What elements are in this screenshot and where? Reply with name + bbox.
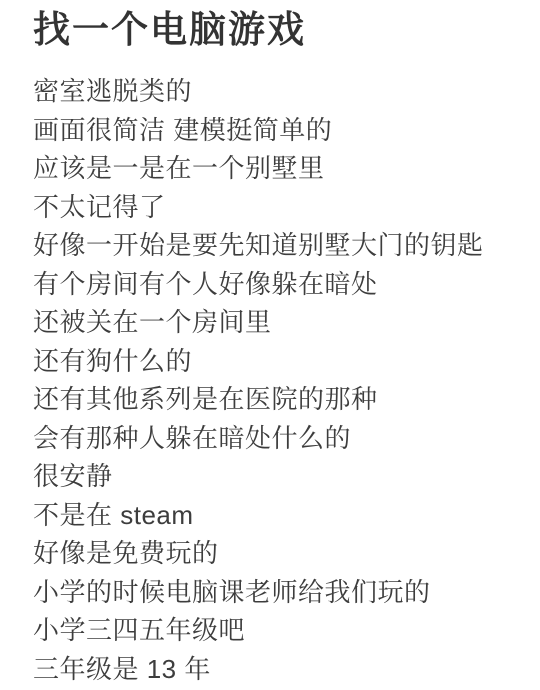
post-line: 不太记得了 (33, 188, 520, 227)
post-line: 不是在 steam (33, 496, 520, 535)
post-line: 密室逃脱类的 (33, 72, 520, 111)
post-line: 好像一开始是要先知道别墅大门的钥匙 (33, 226, 520, 265)
post-line: 还有狗什么的 (33, 342, 520, 381)
post-line: 三年级是 13 年 (33, 650, 520, 689)
post-container: 找一个电脑游戏 密室逃脱类的 画面很简洁 建模挺简单的 应该是一是在一个别墅里 … (0, 0, 540, 688)
post-line: 还有其他系列是在医院的那种 (33, 380, 520, 419)
post-line: 还被关在一个房间里 (33, 303, 520, 342)
post-body: 密室逃脱类的 画面很简洁 建模挺简单的 应该是一是在一个别墅里 不太记得了 好像… (33, 72, 520, 688)
post-line: 会有那种人躲在暗处什么的 (33, 419, 520, 458)
post-line: 应该是一是在一个别墅里 (33, 149, 520, 188)
post-line: 有个房间有个人好像躲在暗处 (33, 265, 520, 304)
post-line: 小学的时候电脑课老师给我们玩的 (33, 573, 520, 612)
post-title: 找一个电脑游戏 (33, 8, 520, 52)
post-line: 很安静 (33, 457, 520, 496)
post-line: 小学三四五年级吧 (33, 611, 520, 650)
post-line: 好像是免费玩的 (33, 534, 520, 573)
post-line: 画面很简洁 建模挺简单的 (33, 111, 520, 150)
